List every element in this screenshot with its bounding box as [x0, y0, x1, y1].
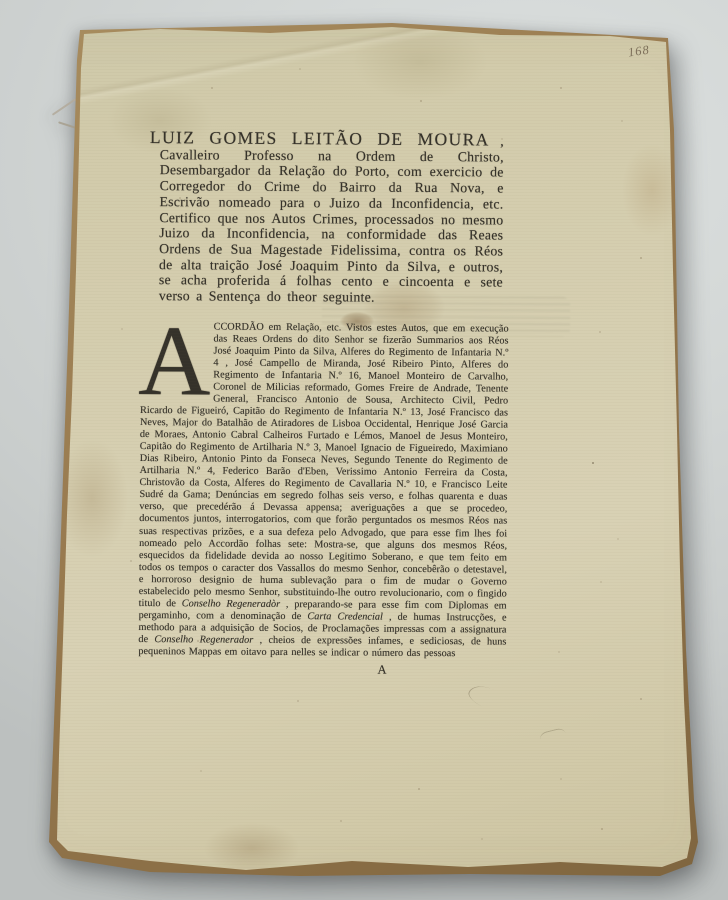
italic-term-carta-credencial: Carta Credencial — [307, 611, 383, 623]
page-content: LUIZ GOMES LEITÃO DE MOURA , Cavalleiro … — [138, 130, 510, 679]
photo-background: 168 LUIZ GOMES LEITÃO DE MOURA , Cavalle… — [0, 0, 728, 900]
notary-name: LUIZ GOMES LEITÃO DE MOURA — [150, 127, 490, 149]
sentence-paragraph: ACCORDÃO em Relação, etc. Vistos estes A… — [138, 321, 508, 661]
booklet: 168 LUIZ GOMES LEITÃO DE MOURA , Cavalle… — [0, 0, 728, 900]
signature-mark: A — [138, 661, 506, 679]
binding-thread — [58, 121, 76, 128]
binding-thread — [52, 98, 76, 115]
certificate-heading: LUIZ GOMES LEITÃO DE MOURA , Cavalleiro … — [149, 130, 504, 306]
handwritten-folio-number: 168 — [627, 43, 651, 61]
paper-fiber-scratch — [539, 727, 567, 746]
dropcap-initial: A — [138, 322, 209, 404]
italic-term-conselho-regenerador: Conselho Regeneradòr — [182, 598, 280, 610]
paper-fiber-scratch — [466, 680, 510, 715]
heading-text: , Cavalleiro Professo na Ordem de Christ… — [159, 133, 504, 304]
italic-term-conselho-regenerador-2: Conselho Regenerador — [154, 634, 253, 646]
title-page: 168 LUIZ GOMES LEITÃO DE MOURA , Cavalle… — [0, 0, 728, 900]
paper-crease — [76, 0, 631, 110]
